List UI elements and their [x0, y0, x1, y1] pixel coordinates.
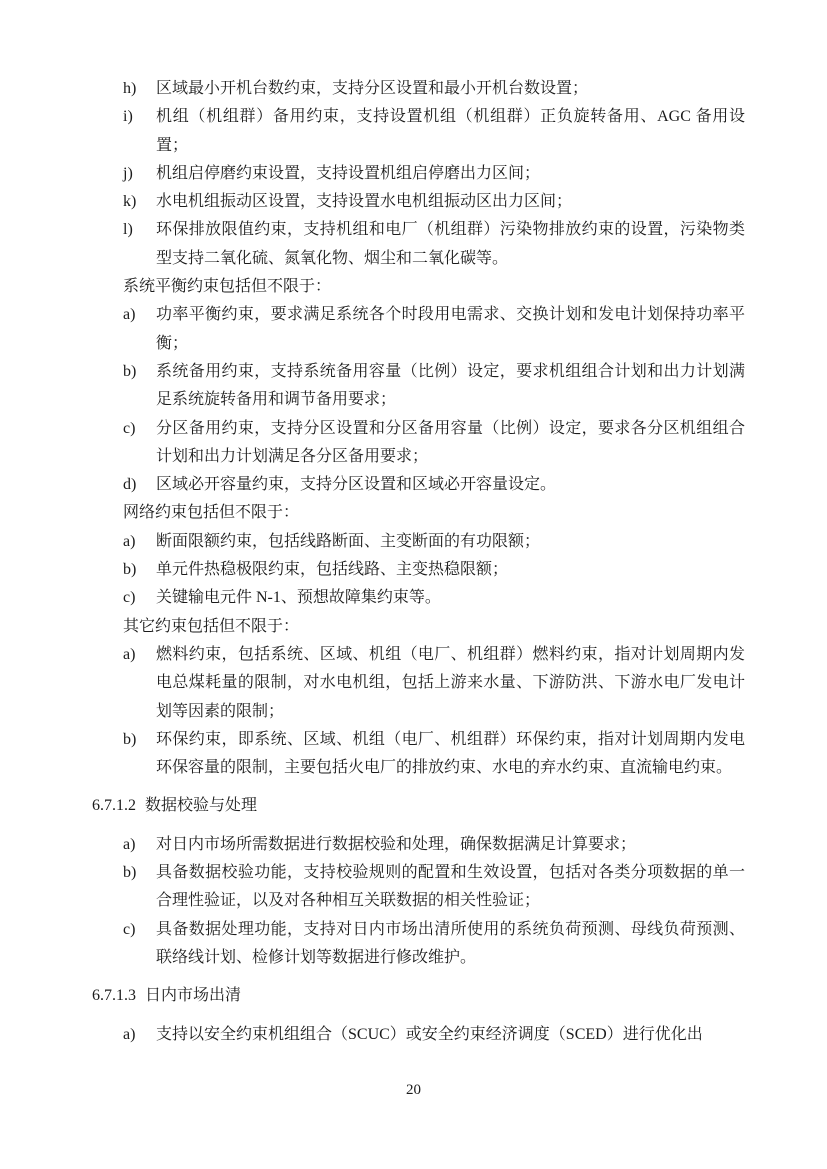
- list-item-text: 燃料约束，包括系统、区域、机组（电厂、机组群）燃料约束，指对计划周期内发电总煤耗…: [156, 641, 745, 726]
- list-item: c)分区备用约束，支持分区设置和分区备用容量（比例）设定，要求各分区机组组合计划…: [123, 415, 745, 472]
- list-item: b)环保约束，即系统、区域、机组（电厂、机组群）环保约束，指对计划周期内发电环保…: [123, 726, 745, 783]
- list-item-text: 系统备用约束，支持系统备用容量（比例）设定，要求机组组合计划和出力计划满足系统旋…: [156, 358, 745, 415]
- list-item-marker: h): [123, 75, 156, 103]
- list-item-text: 分区备用约束，支持分区设置和分区备用容量（比例）设定，要求各分区机组组合计划和出…: [156, 415, 745, 472]
- list-item: a)支持以安全约束机组组合（SCUC）或安全约束经济调度（SCED）进行优化出: [123, 1021, 745, 1049]
- list-item-marker: c): [123, 916, 156, 973]
- page-body-text: h)区域最小开机台数约束，支持分区设置和最小开机台数设置；i)机组（机组群）备用…: [92, 75, 745, 1049]
- list-item-marker: d): [123, 471, 156, 499]
- page-footer: 20: [0, 1076, 827, 1104]
- list-item: j)机组启停磨约束设置，支持设置机组启停磨出力区间；: [123, 160, 745, 188]
- list-item-text: 功率平衡约束，要求满足系统各个时段用电需求、交换计划和发电计划保持功率平衡；: [156, 301, 745, 358]
- list-item: b)系统备用约束，支持系统备用容量（比例）设定，要求机组组合计划和出力计划满足系…: [123, 358, 745, 415]
- list-item-text: 区域最小开机台数约束，支持分区设置和最小开机台数设置；: [156, 75, 745, 103]
- lead-system-balance: 系统平衡约束包括但不限于：: [123, 273, 745, 301]
- list-item-marker: b): [123, 859, 156, 916]
- list-item-text: 环保排放限值约束，支持机组和电厂（机组群）污染物排放约束的设置，污染物类型支持二…: [156, 216, 745, 273]
- list-intraday-clearing: a)支持以安全约束机组组合（SCUC）或安全约束经济调度（SCED）进行优化出: [123, 1021, 745, 1049]
- list-item-marker: c): [123, 584, 156, 612]
- section-heading-6-7-1-2: 6.7.1.2数据校验与处理: [92, 792, 745, 820]
- list-item-marker: b): [123, 358, 156, 415]
- list-item: k)水电机组振动区设置，支持设置水电机组振动区出力区间；: [123, 188, 745, 216]
- list-item: i)机组（机组群）备用约束，支持设置机组（机组群）正负旋转备用、AGC 备用设置…: [123, 103, 745, 160]
- list-other-constraints: a)燃料约束，包括系统、区域、机组（电厂、机组群）燃料约束，指对计划周期内发电总…: [123, 641, 745, 782]
- section-title: 日内市场出清: [145, 987, 241, 1004]
- list-unit-constraints: h)区域最小开机台数约束，支持分区设置和最小开机台数设置；i)机组（机组群）备用…: [123, 75, 745, 273]
- list-item: b)具备数据校验功能，支持校验规则的配置和生效设置，包括对各类分项数据的单一合理…: [123, 859, 745, 916]
- list-network-constraints: a)断面限额约束，包括线路断面、主变断面的有功限额；b)单元件热稳极限约束，包括…: [123, 528, 745, 613]
- list-item-text: 机组启停磨约束设置，支持设置机组启停磨出力区间；: [156, 160, 745, 188]
- list-item: h)区域最小开机台数约束，支持分区设置和最小开机台数设置；: [123, 75, 745, 103]
- list-item-marker: a): [123, 831, 156, 859]
- list-item-text: 对日内市场所需数据进行数据校验和处理，确保数据满足计算要求；: [156, 831, 745, 859]
- list-item-marker: l): [123, 216, 156, 273]
- list-item-marker: a): [123, 641, 156, 726]
- section-number: 6.7.1.2: [92, 797, 136, 814]
- section-number: 6.7.1.3: [92, 987, 136, 1004]
- list-item: a)断面限额约束，包括线路断面、主变断面的有功限额；: [123, 528, 745, 556]
- list-item-text: 具备数据处理功能，支持对日内市场出清所使用的系统负荷预测、母线负荷预测、联络线计…: [156, 916, 745, 973]
- list-item-text: 区域必开容量约束，支持分区设置和区域必开容量设定。: [156, 471, 745, 499]
- list-item-text: 环保约束，即系统、区域、机组（电厂、机组群）环保约束，指对计划周期内发电环保容量…: [156, 726, 745, 783]
- list-data-validation: a)对日内市场所需数据进行数据校验和处理，确保数据满足计算要求；b)具备数据校验…: [123, 831, 745, 972]
- list-item: d)区域必开容量约束，支持分区设置和区域必开容量设定。: [123, 471, 745, 499]
- list-item-marker: a): [123, 301, 156, 358]
- list-item-text: 断面限额约束，包括线路断面、主变断面的有功限额；: [156, 528, 745, 556]
- list-item: c)具备数据处理功能，支持对日内市场出清所使用的系统负荷预测、母线负荷预测、联络…: [123, 916, 745, 973]
- section-heading-6-7-1-3: 6.7.1.3日内市场出清: [92, 982, 745, 1010]
- list-item-text: 关键输电元件 N-1、预想故障集约束等。: [156, 584, 745, 612]
- list-item: b)单元件热稳极限约束，包括线路、主变热稳限额；: [123, 556, 745, 584]
- list-item-text: 单元件热稳极限约束，包括线路、主变热稳限额；: [156, 556, 745, 584]
- list-item: c)关键输电元件 N-1、预想故障集约束等。: [123, 584, 745, 612]
- lead-network-constraints: 网络约束包括但不限于：: [123, 499, 745, 527]
- list-item-marker: c): [123, 415, 156, 472]
- list-item: a)燃料约束，包括系统、区域、机组（电厂、机组群）燃料约束，指对计划周期内发电总…: [123, 641, 745, 726]
- list-item-text: 机组（机组群）备用约束，支持设置机组（机组群）正负旋转备用、AGC 备用设置；: [156, 103, 745, 160]
- list-item-marker: b): [123, 556, 156, 584]
- section-title: 数据校验与处理: [145, 797, 257, 814]
- list-item-marker: j): [123, 160, 156, 188]
- list-item-marker: a): [123, 1021, 156, 1049]
- list-system-balance: a)功率平衡约束，要求满足系统各个时段用电需求、交换计划和发电计划保持功率平衡；…: [123, 301, 745, 499]
- page-number: 20: [406, 1082, 421, 1098]
- document-page: h)区域最小开机台数约束，支持分区设置和最小开机台数设置；i)机组（机组群）备用…: [0, 0, 827, 1169]
- list-item: a)对日内市场所需数据进行数据校验和处理，确保数据满足计算要求；: [123, 831, 745, 859]
- list-item-text: 具备数据校验功能，支持校验规则的配置和生效设置，包括对各类分项数据的单一合理性验…: [156, 859, 745, 916]
- list-item-marker: k): [123, 188, 156, 216]
- list-item-text: 水电机组振动区设置，支持设置水电机组振动区出力区间；: [156, 188, 745, 216]
- list-item: l)环保排放限值约束，支持机组和电厂（机组群）污染物排放约束的设置，污染物类型支…: [123, 216, 745, 273]
- list-item-marker: a): [123, 528, 156, 556]
- lead-other-constraints: 其它约束包括但不限于：: [123, 613, 745, 641]
- list-item: a)功率平衡约束，要求满足系统各个时段用电需求、交换计划和发电计划保持功率平衡；: [123, 301, 745, 358]
- list-item-text: 支持以安全约束机组组合（SCUC）或安全约束经济调度（SCED）进行优化出: [156, 1021, 745, 1049]
- list-item-marker: b): [123, 726, 156, 783]
- list-item-marker: i): [123, 103, 156, 160]
